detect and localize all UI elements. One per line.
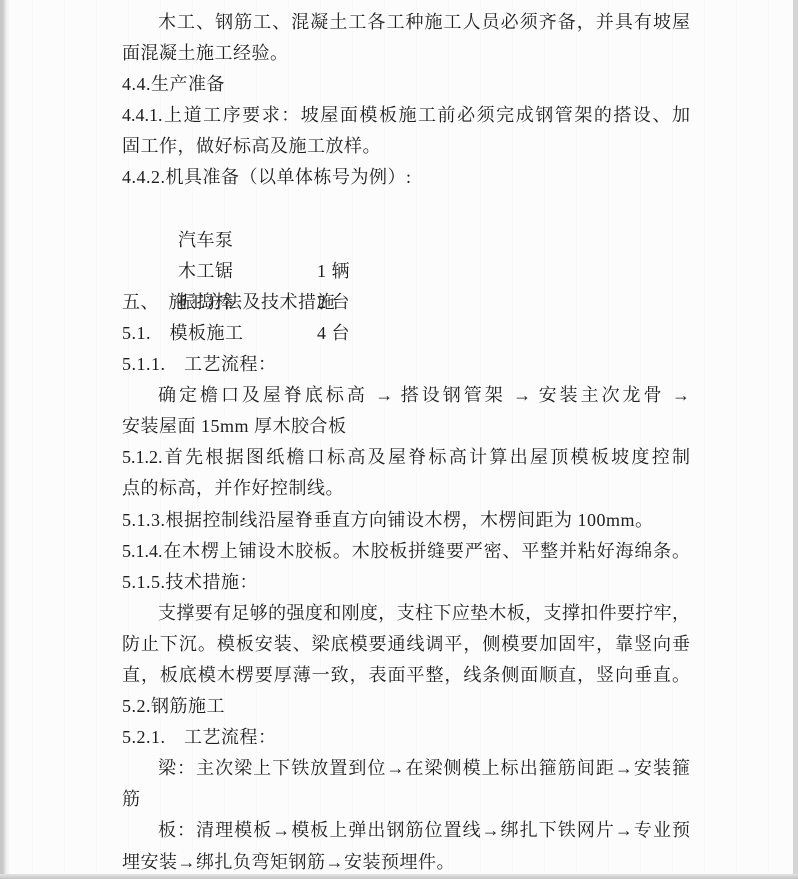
tech-measures-line-3: 直，板底模木楞要厚薄一致，表面平整，线条侧面顺直，竖向垂直。 <box>122 660 690 691</box>
slab-flow-line-2: 埋安装→绑扎负弯矩钢筋→安装预埋件。 <box>122 847 690 878</box>
document-page: 木工、钢筋工、混凝土工各工种施工人员必须齐备，并具有坡屋 面混凝土施工经验。 4… <box>122 7 690 878</box>
heading-4-4: 4.4.生产准备 <box>122 69 690 100</box>
clause-4-4-2: 4.4.2.机具准备（以单体栋号为例）: <box>122 162 690 193</box>
tech-measures-line-2: 防止下沉。模板安装、梁底模要通线调平，侧模要加固牢，靠竖向垂 <box>122 629 690 660</box>
heading-5-2-1: 5.2.1. 工艺流程： <box>122 722 690 753</box>
scan-edge-left <box>0 0 10 879</box>
equipment-row-wood-saw: 木工锯 2 台 <box>122 225 690 256</box>
clause-4-4-1-line-1: 4.4.1.上道工序要求：坡屋面模板施工前必须完成钢管架的搭设、加 <box>122 100 690 131</box>
equipment-row-truck-pump: 汽车泵 1 辆 <box>122 194 690 225</box>
clause-5-1-4: 5.1.4.在木楞上铺设木胶板。木胶板拼缝要严密、平整并粘好海绵条。 <box>122 536 690 567</box>
clause-4-4-1-line-2: 固工作，做好标高及施工放样。 <box>122 131 690 162</box>
equipment-qty: 4 台 <box>317 318 350 349</box>
clause-5-1-2-line-2: 点的标高，并作好控制线。 <box>122 473 690 504</box>
beam-flow-line-1: 梁：主次梁上下铁放置到位→在梁侧模上标出箍筋间距→安装箍 <box>122 753 690 784</box>
heading-5-2: 5.2.钢筋施工 <box>122 691 690 722</box>
equipment-name: 振捣棒 <box>178 287 234 318</box>
clause-5-1-3: 5.1.3.根据控制线沿屋脊垂直方向铺设木楞，木楞间距为 100mm。 <box>122 505 690 536</box>
process-flow-line-2: 安装屋面 15mm 厚木胶合板 <box>122 411 690 442</box>
beam-flow-line-2: 筋 <box>122 784 690 815</box>
equipment-qty: 2 台 <box>317 287 350 318</box>
process-flow-line-1: 确定檐口及屋脊底标高 → 搭设钢管架 → 安装主次龙骨 → <box>122 380 690 411</box>
slab-flow-line-1: 板：清理模板→模板上弹出钢筋位置线→绑扎下铁网片→专业预 <box>122 815 690 846</box>
heading-5-1-1: 5.1.1. 工艺流程： <box>122 349 690 380</box>
workers-requirement-line-2: 面混凝土施工经验。 <box>122 38 690 69</box>
clause-5-1-2-line-1: 5.1.2.首先根据图纸檐口标高及屋脊标高计算出屋顶模板坡度控制 <box>122 442 690 473</box>
heading-5-1: 5.1. 模板施工 <box>122 318 690 349</box>
clause-5-1-5: 5.1.5.技术措施： <box>122 567 690 598</box>
workers-requirement-line-1: 木工、钢筋工、混凝土工各工种施工人员必须齐备，并具有坡屋 <box>122 7 690 38</box>
tech-measures-line-1: 支撑要有足够的强度和刚度，支柱下应垫木板，支撑扣件要拧牢， <box>122 598 690 629</box>
equipment-row-vibrator: 振捣棒 4 台 <box>122 256 690 287</box>
scan-edge-right <box>793 0 798 879</box>
